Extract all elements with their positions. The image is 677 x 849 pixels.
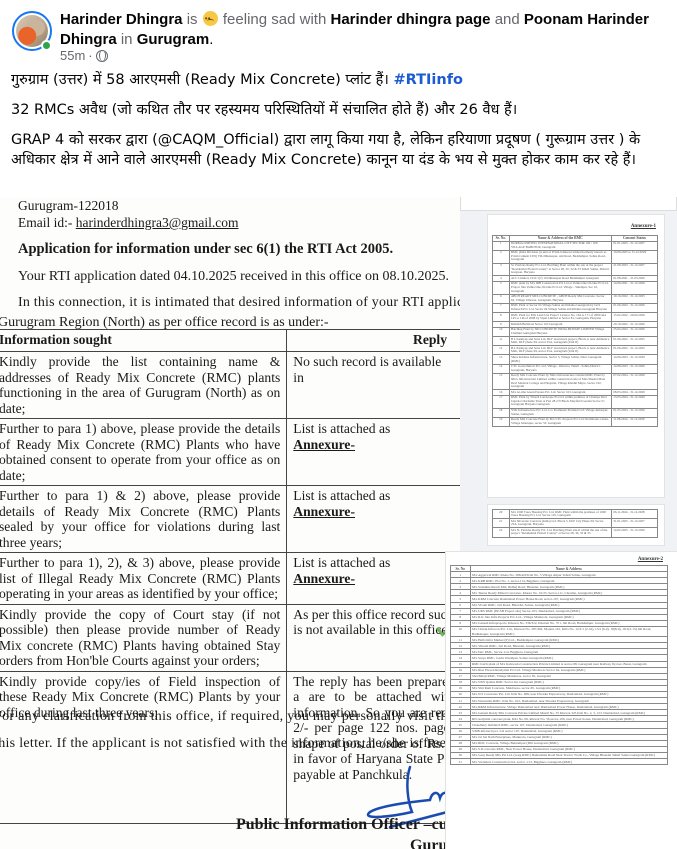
consent-status-cell: 06.11.2024 - 31.12.2028 bbox=[611, 510, 657, 519]
consent-status-cell: 01.05.2024 - 31.12.2026 bbox=[611, 408, 657, 417]
period: . bbox=[209, 31, 213, 48]
table-row: 19Ready Mix Concrete Plant by M/s CTC Pr… bbox=[493, 417, 658, 426]
name-address-cell: RMC plant by M/s IRB Construction Pvt Lt… bbox=[509, 281, 611, 294]
annexure-page-edge bbox=[460, 197, 677, 211]
name-address-cell: M/s 1000 Trees Housing Pvt. Ltd. RMC Pla… bbox=[509, 510, 611, 519]
name-address-cell: Shree Krishna Infrastructure, Sector 5, … bbox=[509, 355, 611, 364]
sr-no-cell: 11 bbox=[493, 337, 510, 346]
annexure-reference: Annexure- bbox=[293, 504, 355, 519]
sr-no-cell: 2 bbox=[493, 250, 510, 263]
post-timestamp-link[interactable]: 55m bbox=[60, 48, 85, 63]
post-paragraph-3: GRAP 4 को सरकर द्वारा (@CAQM_Official) द… bbox=[11, 130, 671, 170]
consent-status-cell: 01.01.2025 - 31.12.2027 bbox=[611, 241, 657, 250]
question-cell: Further to para 1) & 2) above, please pr… bbox=[0, 486, 287, 553]
consent-status-cell: 14.09.2021 - 31.12.2026 bbox=[611, 281, 657, 294]
is-word: is bbox=[187, 11, 198, 28]
table-row: Kindly provide the list containing name … bbox=[0, 352, 460, 419]
name-address-cell: RMC Plant at Sector 04 Village Sohna and… bbox=[509, 303, 611, 312]
annexure-2-page: Annexure-2 Sr. No Name & Address 1M/s Ag… bbox=[446, 552, 677, 849]
table-row: 1DORMA LIMITED, INTERNATIONAL CITY SECTO… bbox=[493, 241, 658, 250]
consent-status-cell: 31.01.2025 - 31.12.2027 bbox=[611, 519, 657, 528]
consent-status-cell: 14.06.2023 - 31.12.2030 bbox=[611, 355, 657, 364]
table-row: 12B.L Kashyap and Sons Ltd. DLF downtown… bbox=[493, 346, 658, 355]
name-address-cell: RMC (Infra Division (A unit of Prism Joh… bbox=[509, 250, 611, 263]
table-row: 15Ready Mix Concrete Plant by NKG Infras… bbox=[493, 373, 658, 389]
name-address-cell: M/s St. Patricks Realty Pvt. Ltd. Batchi… bbox=[509, 528, 611, 537]
address-line: Gurugram-122018 bbox=[18, 197, 239, 214]
annexure-1-continued-table: 20M/s 1000 Trees Housing Pvt. Ltd. RMC P… bbox=[492, 509, 658, 538]
table-row: 20M/s 1000 Trees Housing Pvt. Ltd. RMC P… bbox=[493, 510, 658, 519]
consent-status-cell: 21.09.2023 - 31.12.2027 bbox=[611, 263, 657, 276]
question-cell: Further to para 1) above, please provide… bbox=[0, 419, 287, 486]
author-name-link[interactable]: Harinder Dhingra bbox=[60, 11, 183, 28]
consent-status-cell: 01.06.2022 - 31.12.2025 bbox=[611, 346, 657, 355]
question-cell: Kindly provide the list containing name … bbox=[0, 352, 287, 419]
sr-no-cell: 22 bbox=[493, 528, 510, 537]
letter-line-1: Your RTI application dated 04.10.2025 re… bbox=[18, 269, 449, 285]
table-row: 18YSK Infrastructure Pvt. Ltd. C/o Promi… bbox=[493, 408, 658, 417]
table-row: 5RMC plant by M/s IRB Construction Pvt L… bbox=[493, 281, 658, 294]
annexure-2-title: Annexure-2 bbox=[638, 557, 663, 562]
sr-no-cell: 5 bbox=[493, 281, 510, 294]
name-address-cell: M/s Gunnat Ready Mix Concrete Private Li… bbox=[470, 710, 667, 716]
table-row: 23M/s Gunnat Ready Mix Concrete Private … bbox=[451, 710, 668, 716]
post-body: गुरुग्राम (उत्तर) में 58 आरएमसी (Ready M… bbox=[11, 70, 671, 180]
table-row: 6ABCH READY MIX CONCRETE - ABCH Ready Mi… bbox=[493, 294, 658, 303]
annexure-1-table: Sr. No. Name & Address of the RMC Consen… bbox=[492, 235, 658, 427]
sr-no-cell: 20 bbox=[493, 510, 510, 519]
post-header: Harinder Dhingra is feeling sad with Har… bbox=[0, 0, 677, 66]
post-header-text: Harinder Dhingra is feeling sad with Har… bbox=[60, 10, 660, 50]
sr-no-cell: 10 bbox=[493, 327, 510, 336]
post-paragraph-1: गुरुग्राम (उत्तर) में 58 आरएमसी (Ready M… bbox=[11, 70, 671, 90]
globe-icon[interactable] bbox=[96, 50, 108, 62]
consent-status-cell: 19.10.2022 - 31.12.2025 bbox=[611, 294, 657, 303]
table-row: 13Shree Krishna Infrastructure, Sector 5… bbox=[493, 355, 658, 364]
name-address-cell: Batching Plant by SRI CONCRETE INDIA PRI… bbox=[509, 327, 611, 336]
annexure-2-table: Sr. No Name & Address 1M/s Aggarwal RMC … bbox=[450, 565, 668, 765]
tagged-page-link[interactable]: Harinder dhingra page bbox=[330, 11, 490, 28]
hashtag-rtiinfo-link[interactable]: #RTIinfo bbox=[393, 72, 463, 88]
reply-prefix: List is attached as bbox=[293, 421, 390, 436]
consent-status-cell: 13.03.2024 - 31.12.2029 bbox=[611, 395, 657, 408]
sr-no-cell: 8 bbox=[493, 313, 510, 322]
email-label: Email id:- bbox=[18, 215, 72, 230]
closing-line-2: this letter. If the applicant is not sat… bbox=[0, 730, 460, 757]
sr-no-cell: 17 bbox=[493, 395, 510, 408]
name-address-cell: Ready Mix Concrete Plant by M/s CTC Proj… bbox=[509, 417, 611, 426]
table-row: 17RMC Plant by Tritech Landscape Pvt Ltd… bbox=[493, 395, 658, 408]
consent-status-cell: 01.06.2022 - 31.12.2025 bbox=[611, 337, 657, 346]
header-information-sought: Information sought bbox=[0, 330, 287, 352]
table-row: 8RMC Plant for Mix Land Use Project Lice… bbox=[493, 313, 658, 322]
consent-status-cell: 01.06.2022 - 31.12.2026 bbox=[611, 303, 657, 312]
name-address-cell: ABCH READY MIX CONCRETE - ABCH Ready Mix… bbox=[509, 294, 611, 303]
table-row: Further to para 1) above, please provide… bbox=[0, 419, 460, 486]
sr-no-cell: 19 bbox=[493, 417, 510, 426]
name-address-cell: DORMA LIMITED, INTERNATIONAL CITY SECTOR… bbox=[509, 241, 611, 250]
name-address-cell: YSK Infrastructure Pvt. Ltd. C/o Promine… bbox=[509, 408, 611, 417]
rti-reply-letter: Gurugram-122018 Email id:- harinderdhing… bbox=[0, 197, 460, 849]
name-address-cell: M/s Varindera Construction Ltd, sector -… bbox=[470, 759, 667, 765]
reply-cell: List is attached as Annexure- bbox=[287, 419, 460, 486]
table-row: 3St. Patricks Realty Pvt. Ltd. Batching … bbox=[493, 263, 658, 276]
sr-no-cell: 12 bbox=[493, 346, 510, 355]
meta-separator: · bbox=[88, 48, 92, 63]
consent-status-cell: 10.06.2025 to 31.12.2029 bbox=[611, 250, 657, 263]
pio-title: Public Information Officer –cum- bbox=[236, 816, 460, 834]
name-address-cell: M/s Silverado Concrete (India) Ltd. Bloc… bbox=[509, 519, 611, 528]
reply-prefix: List is attached as bbox=[293, 488, 390, 503]
sr-no-cell: 21 bbox=[493, 519, 510, 528]
table-row: 2RMC (Infra Division (A unit of Prism Jo… bbox=[493, 250, 658, 263]
table-row: Further to para 1), 2), & 3) above, plea… bbox=[0, 553, 460, 605]
annexure-1-page: Annexure-1 Sr. No. Name & Address of the… bbox=[488, 215, 664, 497]
annexure-reference: Annexure- bbox=[293, 571, 355, 586]
annexure-1-page-2: 20M/s 1000 Trees Housing Pvt. Ltd. RMC P… bbox=[488, 505, 664, 545]
letter-closing: For any clarification from this office, … bbox=[0, 703, 460, 757]
consent-status-cell: 14.02.2025 - 31.12.2029 bbox=[611, 528, 657, 537]
reply-cell: List is attached as Annexure- bbox=[287, 486, 460, 553]
question-cell: Further to para 1), 2), & 3) above, plea… bbox=[0, 553, 287, 605]
consent-status-cell: 14.08.2023 - 31.12.2026 bbox=[611, 364, 657, 373]
in-word: in bbox=[121, 31, 133, 48]
location-link[interactable]: Gurugram bbox=[137, 31, 210, 48]
post-paragraph-2: 32 RMCs अवैध (जो कथित तौर पर रहस्यमय परि… bbox=[11, 100, 671, 120]
reply-text: As per this office record such is not av… bbox=[293, 607, 453, 638]
email-line: Email id:- harinderdhingra3@gmail.com bbox=[18, 214, 239, 231]
sad-face-emoji-icon bbox=[203, 11, 218, 26]
name-address-cell: St. Patricks Realty Pvt. Ltd. Batching P… bbox=[509, 263, 611, 276]
consent-status-cell: 25.04.2022 - 31.12.2026 bbox=[611, 327, 657, 336]
with-word: with bbox=[300, 11, 327, 28]
question-cell: Kindly provide the copy of Court stay (i… bbox=[0, 604, 287, 671]
table-row: 7RMC Plant at Sector 04 Village Sohna an… bbox=[493, 303, 658, 312]
name-address-cell: M/s Chirak Infracon Pvt. Ltd., Khewat No… bbox=[470, 626, 667, 636]
name-address-cell: Ready Mix Concrete Plant by NKG Infrastr… bbox=[509, 373, 611, 389]
sr-no-cell: 13 bbox=[493, 355, 510, 364]
sr-no-cell: 1 bbox=[493, 241, 510, 250]
annexure-reference: Annexure- bbox=[293, 437, 355, 452]
sr-no-cell: 7 bbox=[493, 303, 510, 312]
table-row: 22M/s St. Patricks Realty Pvt. Ltd. Batc… bbox=[493, 528, 658, 537]
paragraph-1-text: गुरुग्राम (उत्तर) में 58 आरएमसी (Ready M… bbox=[11, 72, 389, 88]
sr-no-cell: 18 bbox=[493, 408, 510, 417]
reply-cell: No such record is available in bbox=[287, 352, 460, 419]
letter-subject: Application for information under sec 6(… bbox=[18, 241, 393, 258]
table-row: 31M/s Varindera Construction Ltd, sector… bbox=[451, 759, 668, 765]
header-reply: Reply bbox=[287, 330, 460, 352]
name-address-cell: RMC Plant for Mix Land Use Project Licen… bbox=[509, 313, 611, 322]
feeling-text: feeling sad bbox=[223, 11, 296, 28]
sr-no-cell: 15 bbox=[493, 373, 510, 389]
table-row: 11B L Kashyap and Sons Ltd. DLF downtown… bbox=[493, 337, 658, 346]
post-meta: 55m · bbox=[60, 48, 108, 63]
letter-line-2: In this connection, it is intimated that… bbox=[18, 295, 460, 311]
closing-line-1: For any clarification from this office, … bbox=[0, 703, 460, 730]
email-address: harinderdhingra3@gmail.com bbox=[76, 215, 239, 230]
table-row: Further to para 1) & 2) above, please pr… bbox=[0, 486, 460, 553]
online-status-icon bbox=[41, 40, 52, 51]
sr-no-cell: 6 bbox=[493, 294, 510, 303]
annexure-1-title: Annexure-1 bbox=[631, 224, 656, 229]
name-address-cell: B L Kashyap and Sons Ltd. DLF downtown p… bbox=[509, 337, 611, 346]
table-header-row: Information sought Reply bbox=[0, 330, 460, 352]
table-row: 21M/s Silverado Concrete (India) Ltd. Bl… bbox=[493, 519, 658, 528]
table-row: Kindly provide the copy of Court stay (i… bbox=[0, 604, 460, 671]
sr-no-cell: 10 bbox=[451, 626, 471, 636]
letter-address: Gurugram-122018 Email id:- harinderdhing… bbox=[18, 197, 239, 231]
consent-status-cell: 15.02.2022 - 29.04.2026 bbox=[611, 313, 657, 322]
table-row: 10Batching Plant by SRI CONCRETE INDIA P… bbox=[493, 327, 658, 336]
name-address-cell: CTC Geotechnical Pvt. Ltd. Village - Khe… bbox=[509, 364, 611, 373]
name-address-cell: RMC Plant by Tritech Landscape Pvt Ltd w… bbox=[509, 395, 611, 408]
consent-status-cell: 07.02.2024 - 31.12.2029 bbox=[611, 373, 657, 389]
author-avatar[interactable] bbox=[12, 11, 52, 51]
table-row: 14CTC Geotechnical Pvt. Ltd. Village - K… bbox=[493, 364, 658, 373]
post-image[interactable]: Gurugram-122018 Email id:- harinderdhing… bbox=[0, 197, 677, 849]
reply-cell: As per this office record such is not av… bbox=[287, 604, 460, 671]
reply-cell: List is attached as Annexure- bbox=[287, 553, 460, 605]
name-address-cell: B.L Kashyap and Sons Ltd. DLF downtown p… bbox=[509, 346, 611, 355]
table-row: 10M/s Chirak Infracon Pvt. Ltd., Khewat … bbox=[451, 626, 668, 636]
and-word: and bbox=[495, 11, 520, 28]
pio-place: Guru bbox=[410, 837, 447, 849]
sr-no-cell: 14 bbox=[493, 364, 510, 373]
consent-status-cell: 11.08.2024 - 31.12.2030 bbox=[611, 417, 657, 426]
sr-no-cell: 31 bbox=[451, 759, 471, 765]
reply-prefix: List is attached as bbox=[293, 555, 390, 570]
sr-no-cell: 3 bbox=[493, 263, 510, 276]
